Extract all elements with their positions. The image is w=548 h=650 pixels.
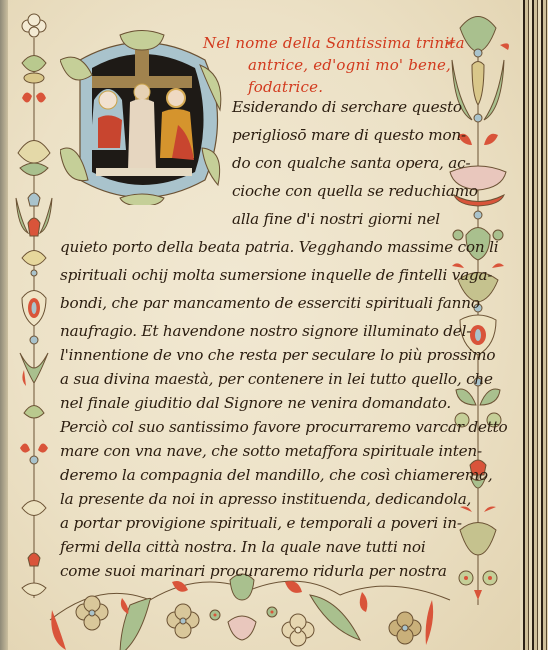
text-line: spirituali ochij molta sumersione inquel… (60, 266, 492, 284)
rubric-heading: Nel nome della Santissima trinita antric… (203, 32, 523, 98)
text-line: mare con vna nave, che sotto metaffora s… (60, 442, 482, 460)
rubric-line-1: Nel nome della Santissima trinita (203, 34, 465, 52)
text-line: a portar provigione spirituali, e tempor… (60, 514, 462, 532)
text-line: Esiderando di serchare questo (232, 98, 462, 116)
book-page-edges (520, 0, 548, 650)
historiated-initial-pieta-icon (60, 30, 225, 205)
left-floral-border-icon (8, 8, 60, 608)
text-line: l'innentione de vno che resta per secula… (60, 346, 495, 364)
text-line: nel finale giuditio dal Signore ne venir… (60, 394, 451, 412)
text-line: bondi, che par mancamento de esserciti s… (60, 294, 480, 312)
text-line: deremo la compagnia del mandillo, che co… (60, 466, 493, 484)
text-line: naufragio. Et havendone nostro signore i… (60, 322, 471, 340)
manuscript-page: Nel nome della Santissima trinita antric… (0, 0, 520, 650)
text-line: do con qualche santa opera, ac- (232, 154, 470, 172)
text-line: perigliosō mare di questo mon- (232, 126, 466, 144)
page-gutter (0, 0, 8, 650)
text-line: quieto porto della beata patria. Vegghan… (60, 238, 498, 256)
text-line: a sua divina maestà, per contenere in le… (60, 370, 493, 388)
text-line: Perciò col suo santissimo favore procurr… (60, 418, 508, 436)
rubric-line-2: antrice, ed'ogni mo' bene, fodatrice. (203, 54, 523, 98)
text-line: come suoi marinari procuraremo ridurla p… (60, 562, 447, 580)
text-line: fermi della città nostra. In la quale na… (60, 538, 425, 556)
text-line: cioche con quella se reduchiamo (232, 182, 478, 200)
text-line: la presente da noi in apresso instituend… (60, 490, 471, 508)
text-line: alla fine d'i nostri giorni nel (232, 210, 440, 228)
